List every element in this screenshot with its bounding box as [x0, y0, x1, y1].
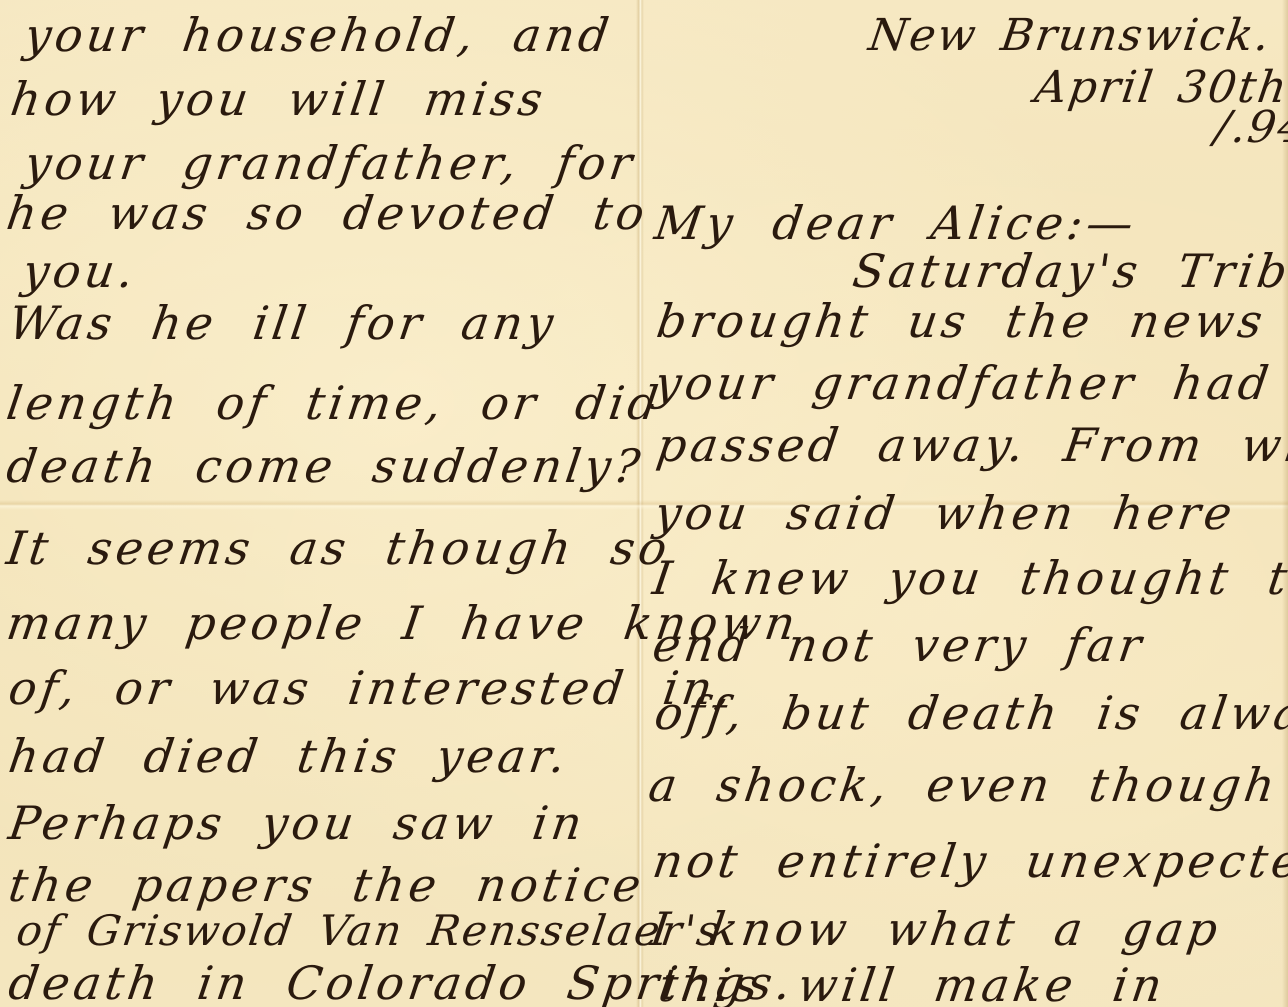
letter-sheet: your household, and how you will miss yo…: [0, 0, 1288, 1007]
letter-line: off, but death is always: [652, 690, 1288, 736]
letter-line: death come suddenly?: [4, 443, 647, 489]
letter-line: It seems as though so: [4, 525, 674, 571]
letter-line: had died this year.: [6, 733, 572, 779]
letter-line: Saturday's Tribune: [850, 248, 1288, 294]
letter-line: length of time, or did: [4, 380, 665, 426]
letter-line: the papers the notice: [6, 862, 648, 908]
letter-line: your grandfather, for: [22, 140, 639, 186]
letter-line: brought us the news that: [654, 298, 1288, 344]
letter-line: you.: [20, 248, 140, 294]
letter-line: not entirely unexpected.: [650, 838, 1288, 884]
letter-place: New Brunswick.: [866, 14, 1274, 58]
letter-line: of, or was interested in,: [6, 665, 738, 711]
letter-line: I knew you thought the: [650, 555, 1288, 601]
letter-line: passed away. From what: [654, 422, 1288, 468]
letter-line: Perhaps you saw in: [6, 800, 589, 846]
letter-line: your household, and: [22, 12, 615, 58]
letter-line: end not very far: [650, 622, 1148, 668]
letter-line: I know what a gap: [648, 906, 1224, 952]
letter-line: your grandfather had: [652, 360, 1275, 406]
letter-year: /.94: [1212, 106, 1288, 150]
letter-line: this will make in: [656, 962, 1169, 1007]
right-page: New Brunswick. April 30th /.94 My dear A…: [640, 0, 1288, 1007]
letter-line: he was so devoted to: [4, 190, 651, 236]
letter-line: of Griswold Van Rensselaer's: [14, 910, 724, 952]
left-page: your household, and how you will miss yo…: [0, 0, 640, 1007]
letter-salutation: My dear Alice:—: [652, 200, 1140, 246]
letter-line: you said when here: [652, 490, 1239, 536]
letter-line: how you will miss: [8, 76, 549, 122]
letter-line: Was he ill for any: [6, 300, 560, 346]
letter-line: a shock, even though: [646, 762, 1282, 808]
